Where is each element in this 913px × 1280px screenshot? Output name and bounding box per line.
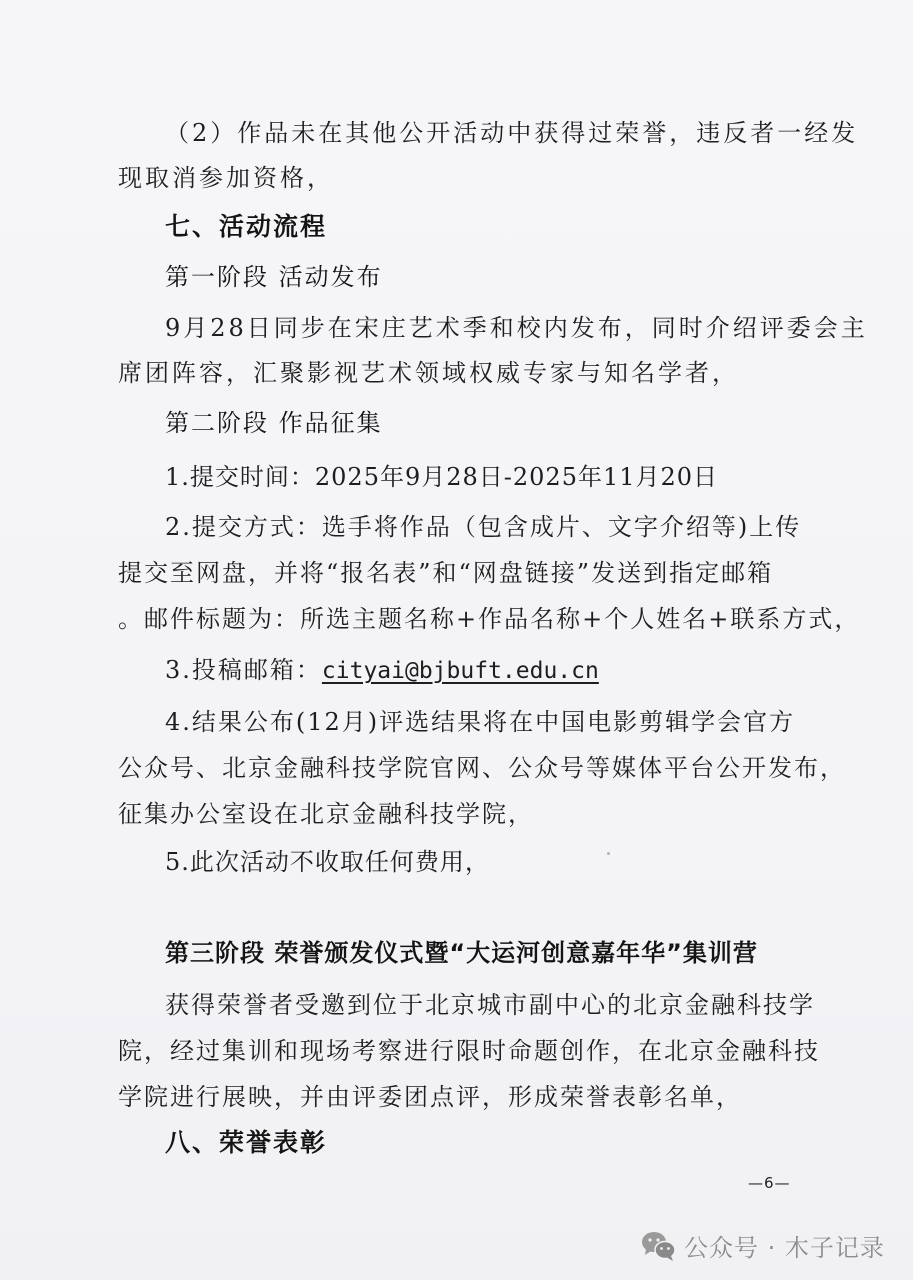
stage-1-text-cont: 席团阵容，汇聚影视艺术领域权威专家与知名学者， [118,358,739,388]
wechat-icon [640,1230,678,1262]
results-announcement-cont-2: 征集办公室设在北京金融科技学院， [118,799,534,829]
stage-3-text-cont: 院，经过集训和现场考察进行限时命题创作，在北京金融科技 [118,1036,820,1066]
submission-method-cont: 提交至网盘，并将“报名表”和“网盘链接”发送到指定邮箱 [118,558,773,588]
stage-3-heading: 第三阶段 荣誉颁发仪式暨“大运河创意嘉年华”集训营 [165,938,758,968]
submission-email-line: 3.投稿邮箱：cityai@bjbuft.edu.cn [165,655,599,686]
submission-email-label: 3.投稿邮箱： [165,656,322,684]
no-fee-notice: 5.此次活动不收取任何费用， [165,847,490,877]
text-line-condition-2-cont: 现取消参加资格， [118,163,334,193]
text-line-condition-2: （2）作品未在其他公开活动中获得过荣誉，违反者一经发 [165,118,858,148]
stage-1-heading: 第一阶段 活动发布 [165,262,383,292]
watermark-text: 公众号 · 木子记录 [684,1228,885,1263]
section-heading-honors: 八、荣誉表彰 [165,1128,327,1158]
results-announcement: 4.结果公布(12月)评选结果将在中国电影剪辑学会官方 [165,707,795,737]
submission-email-link[interactable]: cityai@bjbuft.edu.cn [322,658,599,684]
stage-2-heading: 第二阶段 作品征集 [165,408,383,438]
section-heading-activity-process: 七、活动流程 [165,212,327,242]
stage-3-text-cont-2: 学院进行展映，并由评委团点评，形成荣誉表彰名单， [118,1082,742,1112]
page-number: —6— [748,1174,791,1192]
scan-speck [607,852,610,855]
stage-3-text: 获得荣誉者受邀到位于北京城市副中心的北京金融科技学 [165,990,815,1020]
document-page: （2）作品未在其他公开活动中获得过荣誉，违反者一经发 现取消参加资格， 七、活动… [0,0,913,1280]
watermark: 公众号 · 木子记录 [640,1228,885,1263]
stage-1-text: 9月28日同步在宋庄艺术季和校内发布，同时介绍评委会主 [165,313,868,343]
submission-time: 1.提交时间：2025年9月28日-2025年11月20日 [165,462,718,492]
submission-method: 2.提交方式：选手将作品（包含成片、文字介绍等)上传 [165,512,801,542]
results-announcement-cont: 公众号、北京金融科技学院官网、公众号等媒体平台公开发布， [118,753,846,783]
submission-method-cont-2: 。邮件标题为：所选主题名称+作品名称+个人姓名+联系方式， [118,604,860,634]
